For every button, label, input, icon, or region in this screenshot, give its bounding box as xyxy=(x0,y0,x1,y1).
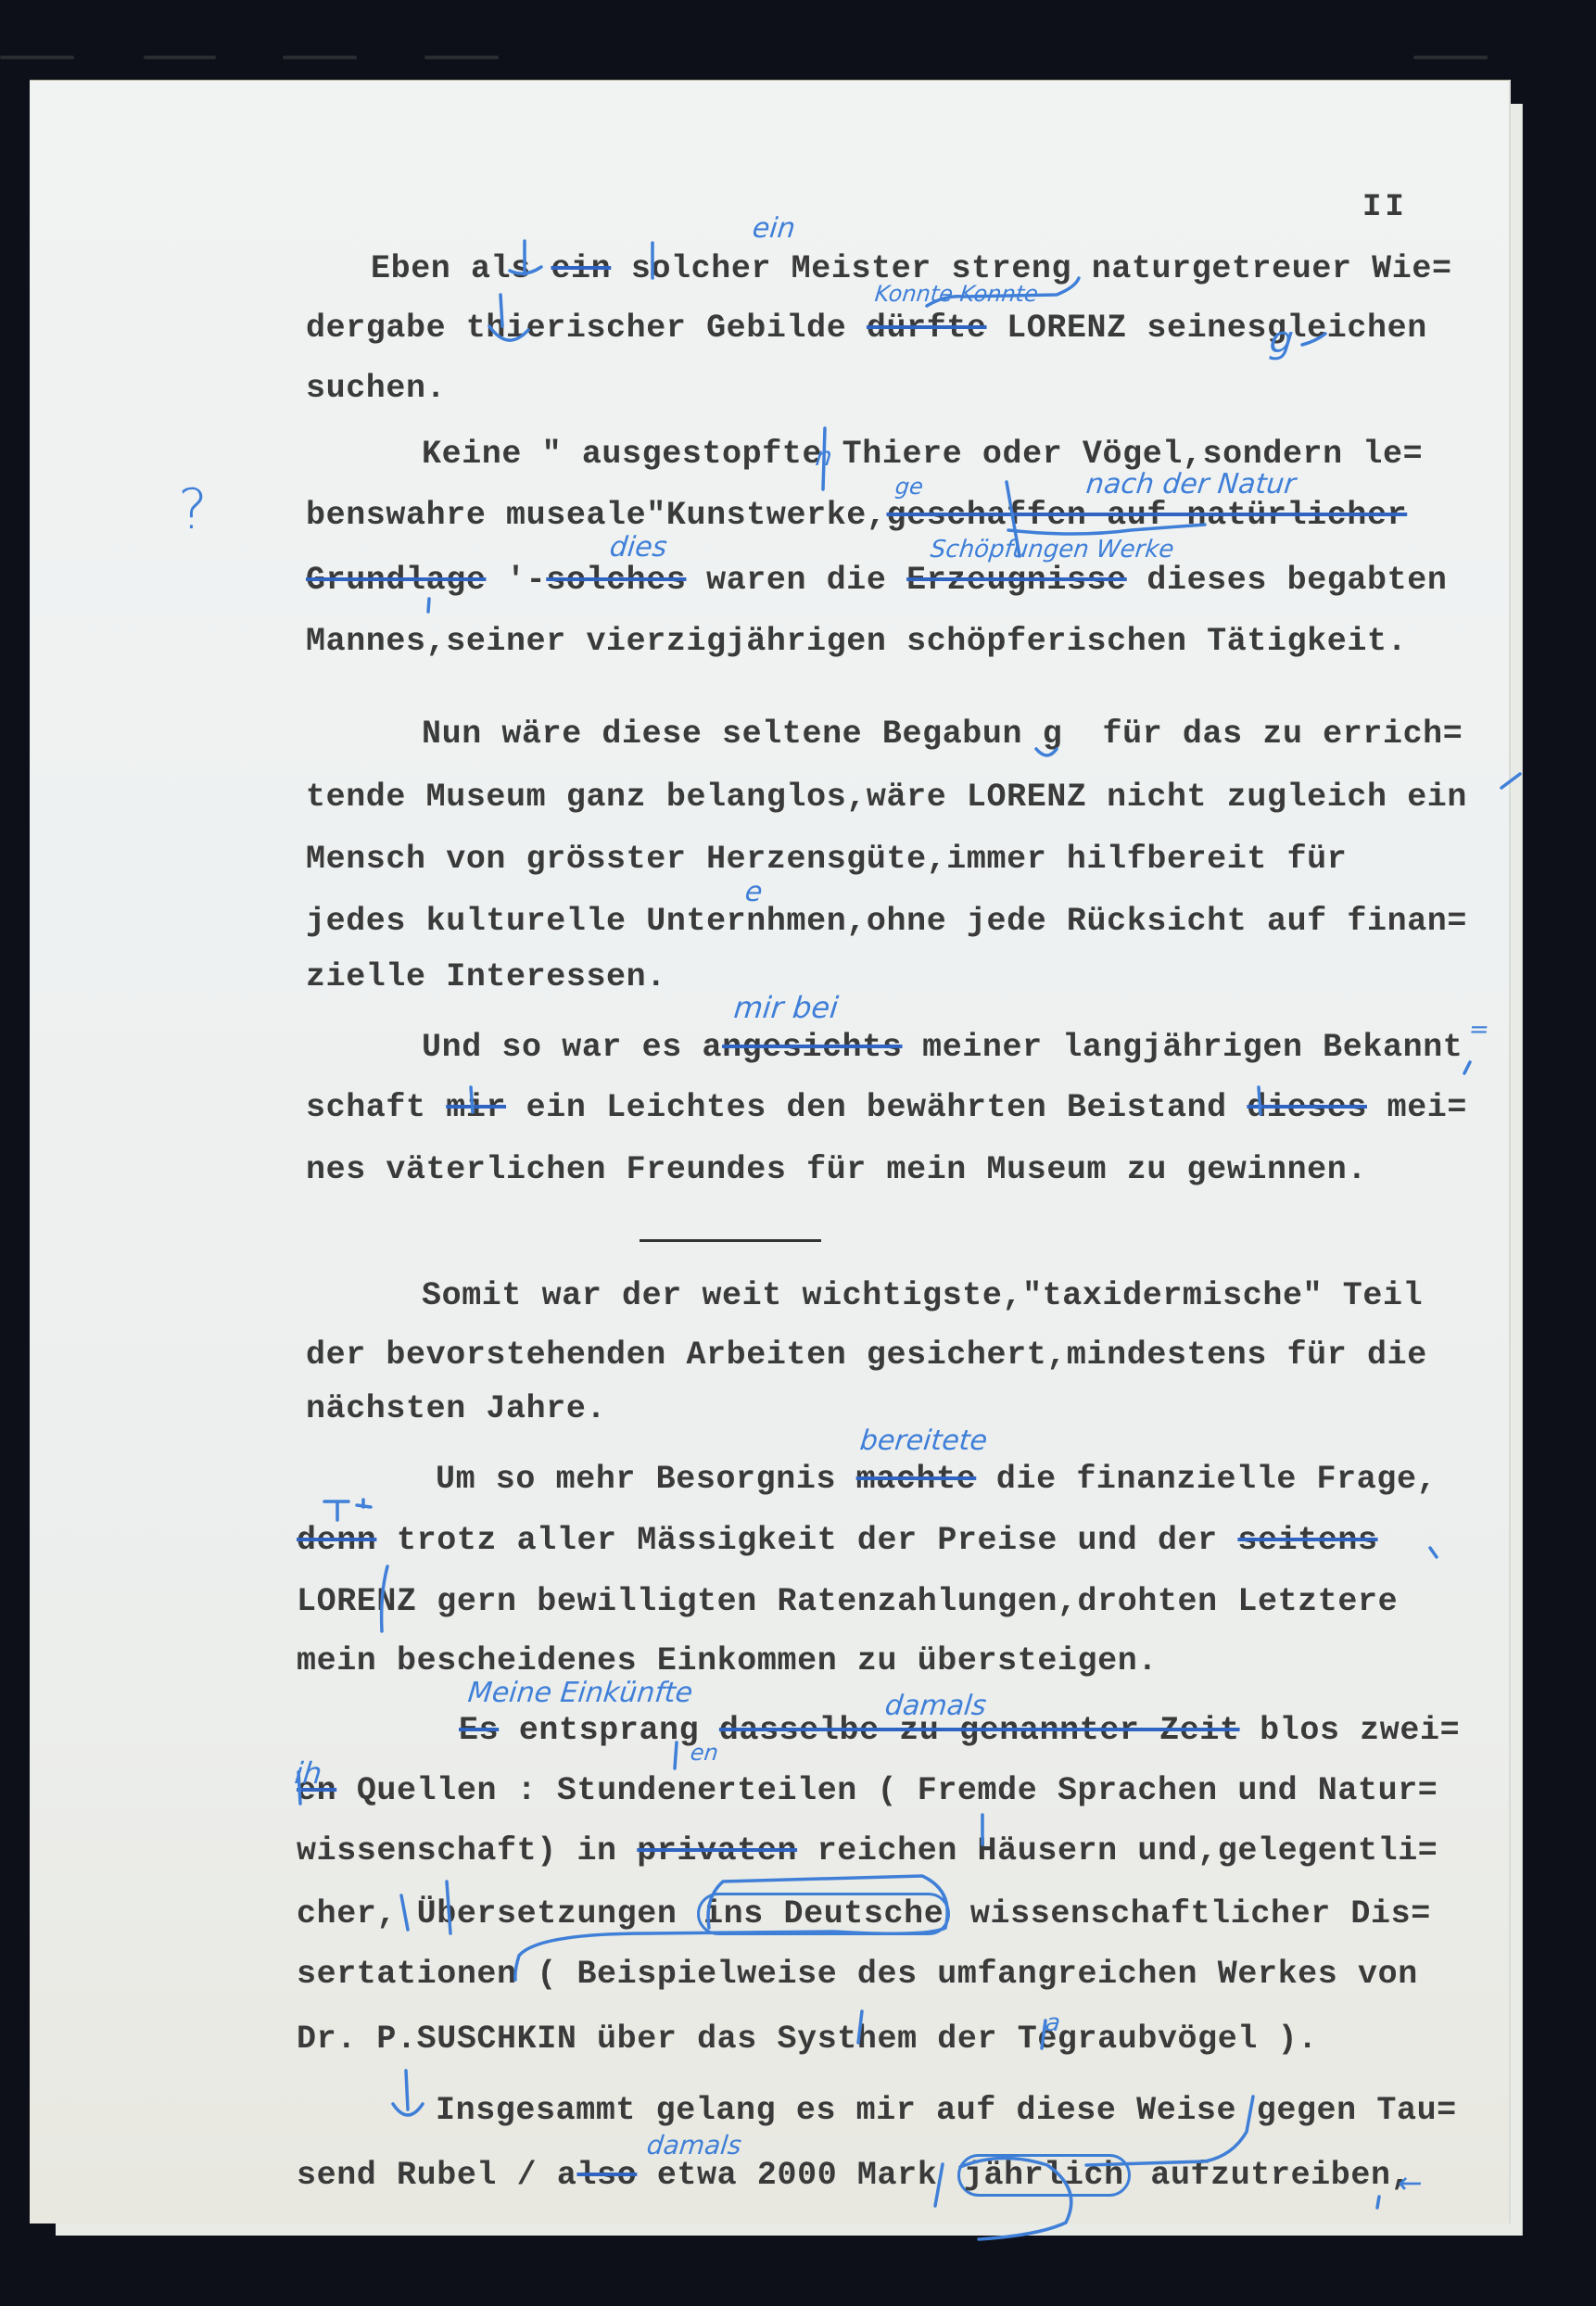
struck-text: dürfte xyxy=(867,310,987,347)
struck-text: lso xyxy=(576,2157,637,2194)
typed-line: benswahre museale"Kunstwerke,geschaffen … xyxy=(306,497,1407,534)
text-segment: Quellen : Stundenerteilen ( Fremde Sprac… xyxy=(336,1772,1438,1809)
handwritten-note: e xyxy=(743,879,764,906)
handwritten-note: Schöpfungen Werke xyxy=(929,536,1175,564)
typed-line: schaft mir ein Leichtes den bewährten Be… xyxy=(306,1089,1467,1126)
typed-line: mein bescheidenes Einkommen zu übersteig… xyxy=(297,1642,1158,1679)
handwritten-note: ein xyxy=(751,215,796,243)
handwritten-note: g xyxy=(1268,326,1295,354)
text-segment: aufzutreiben, xyxy=(1131,2157,1411,2194)
struck-text: geschaffen auf natürlicher xyxy=(887,497,1408,534)
handwritten-note: mir bei xyxy=(732,994,839,1021)
section-divider xyxy=(640,1239,821,1242)
text-segment: zielle Interessen. xyxy=(306,958,666,995)
typed-line: der bevorstehenden Arbeiten gesichert,mi… xyxy=(306,1337,1427,1374)
circled-text: ins Deutsche xyxy=(697,1893,950,1935)
struck-text: Es xyxy=(459,1712,499,1749)
typed-line: Keine " ausgestopfte Thiere oder Vögel,s… xyxy=(422,436,1423,473)
text-segment: Nun wäre diese seltene Begabun g für das… xyxy=(422,716,1463,753)
text-segment: wissenschaft) in xyxy=(297,1832,637,1869)
handwritten-note: damals xyxy=(883,1692,987,1720)
struck-text: denn xyxy=(297,1522,376,1559)
text-segment: blos zwei= xyxy=(1240,1712,1461,1749)
struck-text: solches xyxy=(546,562,686,599)
struck-text: Grundlage xyxy=(306,562,486,599)
text-segment: dieses begabten xyxy=(1127,562,1448,599)
typed-line: Und so war es angesichts meiner langjähr… xyxy=(422,1029,1463,1066)
typed-line: Nun wäre diese seltene Begabun g für das… xyxy=(422,716,1463,753)
binder-slot xyxy=(144,56,216,59)
typed-line: wissenschaft) in privaten reichen Häuser… xyxy=(297,1832,1438,1869)
text-segment: trotz aller Mässigkeit der Preise und de… xyxy=(376,1522,1237,1559)
text-segment: reichen Häusern und,gelegentli= xyxy=(797,1832,1438,1869)
text-segment: schaft xyxy=(306,1089,446,1126)
text-segment: Eben als xyxy=(371,250,551,287)
text-segment: send Rubel / a xyxy=(297,2157,576,2194)
typed-line: Mensch von grösster Herzensgüte,immer hi… xyxy=(306,841,1347,878)
text-segment: Und so war es a xyxy=(422,1029,722,1066)
text-segment: '- xyxy=(486,562,546,599)
text-segment: Mensch von grösster Herzensgüte,immer hi… xyxy=(306,841,1347,878)
text-segment: nes väterlichen Freundes für mein Museum… xyxy=(306,1151,1367,1188)
typed-line: dergabe thierischer Gebilde dürfte LOREN… xyxy=(306,310,1427,347)
handwritten-note: ih xyxy=(293,1759,323,1787)
typed-line: Um so mehr Besorgnis machte die finanzie… xyxy=(436,1461,1437,1498)
text-segment: benswahre museale"Kunstwerke, xyxy=(306,497,887,534)
typed-line: Mannes,seiner vierzigjährigen schöpferis… xyxy=(306,623,1407,660)
typed-line: en Quellen : Stundenerteilen ( Fremde Sp… xyxy=(297,1772,1438,1809)
text-segment: jedes kulturelle Unternhmen,ohne jede Rü… xyxy=(306,903,1467,940)
struck-text: seitens xyxy=(1237,1522,1377,1559)
typed-line: Dr. P.SUSCHKIN über das Systhem der Tegr… xyxy=(297,2021,1318,2058)
struck-text: ngesichts xyxy=(722,1029,902,1066)
text-segment: dergabe thierischer Gebilde xyxy=(306,310,867,347)
handwritten-note: bereitete xyxy=(858,1427,988,1455)
typed-line: jedes kulturelle Unternhmen,ohne jede Rü… xyxy=(306,903,1467,940)
handwritten-note: Konnte Konnte xyxy=(873,280,1039,308)
handwritten-note: ge xyxy=(893,473,924,500)
typed-line: Insgesammt gelang es mir auf diese Weise… xyxy=(436,2092,1457,2129)
handwritten-note: a xyxy=(1044,2009,1061,2037)
handwritten-note: en xyxy=(689,1739,719,1767)
text-segment: mei= xyxy=(1367,1089,1467,1126)
circled-text: jährlich xyxy=(957,2154,1131,2197)
text-segment: sertationen ( Beispielweise des umfangre… xyxy=(297,1956,1418,1993)
handwritten-note: damals xyxy=(645,2132,742,2160)
text-segment: suchen. xyxy=(306,370,446,407)
struck-text: mir xyxy=(446,1089,506,1126)
struck-text: ein xyxy=(551,250,611,287)
text-segment: meiner langjährigen Bekannt xyxy=(903,1029,1463,1066)
handwritten-note: nach der Natur xyxy=(1084,471,1297,499)
text-segment: nächsten Jahre. xyxy=(306,1390,606,1427)
text-segment: LORENZ gern bewilligten Ratenzahlungen,d… xyxy=(297,1583,1398,1620)
typed-line: sertationen ( Beispielweise des umfangre… xyxy=(297,1956,1418,1993)
text-segment: entsprang xyxy=(499,1712,719,1749)
handwritten-note: n xyxy=(814,443,833,471)
margin-question-mark: ? xyxy=(178,477,208,542)
text-segment: Somit war der weit wichtigste,"taxidermi… xyxy=(422,1277,1423,1314)
text-segment: waren die xyxy=(686,562,906,599)
text-segment: etwa 2000 Mark xyxy=(637,2157,957,2194)
handwritten-note: = xyxy=(1467,1016,1490,1044)
typed-line: LORENZ gern bewilligten Ratenzahlungen,d… xyxy=(297,1583,1398,1620)
page-number: II xyxy=(1362,190,1408,225)
typed-line: Grundlage '-solches waren die Erzeugniss… xyxy=(306,562,1447,599)
struck-text: privaten xyxy=(637,1832,797,1869)
handwritten-note: ← xyxy=(1396,2169,1424,2197)
typed-line: nes väterlichen Freundes für mein Museum… xyxy=(306,1151,1367,1188)
typed-line: send Rubel / also etwa 2000 Mark jährlic… xyxy=(297,2157,1411,2194)
struck-text: machte xyxy=(856,1461,977,1498)
handwritten-note: dies xyxy=(608,534,668,562)
text-segment: tende Museum ganz belanglos,wäre LORENZ … xyxy=(306,779,1467,816)
binder-slot xyxy=(424,56,499,59)
binder-slot xyxy=(0,56,74,59)
text-segment: mein bescheidenes Einkommen zu übersteig… xyxy=(297,1642,1158,1679)
text-segment: Keine " ausgestopfte Thiere oder Vögel,s… xyxy=(422,436,1423,473)
typed-line: Somit war der weit wichtigste,"taxidermi… xyxy=(422,1277,1423,1314)
text-segment: die finanzielle Frage, xyxy=(976,1461,1437,1498)
text-segment: ein Leichtes den bewährten Beistand xyxy=(506,1089,1247,1126)
struck-text: dieses xyxy=(1247,1089,1367,1126)
typed-line: zielle Interessen. xyxy=(306,958,666,995)
typed-line: tende Museum ganz belanglos,wäre LORENZ … xyxy=(306,779,1467,816)
text-segment: Insgesammt gelang es mir auf diese Weise… xyxy=(436,2092,1457,2129)
text-segment: Um so mehr Besorgnis xyxy=(436,1461,856,1498)
text-segment: der bevorstehenden Arbeiten gesichert,mi… xyxy=(306,1337,1427,1374)
handwritten-note: Meine Einkünfte xyxy=(466,1679,693,1707)
struck-text: Erzeugnisse xyxy=(906,562,1127,599)
typed-line: denn trotz aller Mässigkeit der Preise u… xyxy=(297,1522,1378,1559)
text-segment: Mannes,seiner vierzigjährigen schöpferis… xyxy=(306,623,1407,660)
typed-line: nächsten Jahre. xyxy=(306,1390,606,1427)
text-segment: wissenschaftlicher Dis= xyxy=(950,1895,1430,1932)
text-segment: cher, Übersetzungen xyxy=(297,1895,697,1932)
binder-slot xyxy=(283,56,357,59)
text-segment: Dr. P.SUSCHKIN über das Systhem der Tegr… xyxy=(297,2021,1318,2058)
binder-slot xyxy=(1413,56,1488,59)
typed-line: suchen. xyxy=(306,370,446,407)
text-segment: LORENZ seinesgleichen xyxy=(987,310,1427,347)
typed-line: cher, Übersetzungen ins Deutsche wissens… xyxy=(297,1895,1431,1932)
